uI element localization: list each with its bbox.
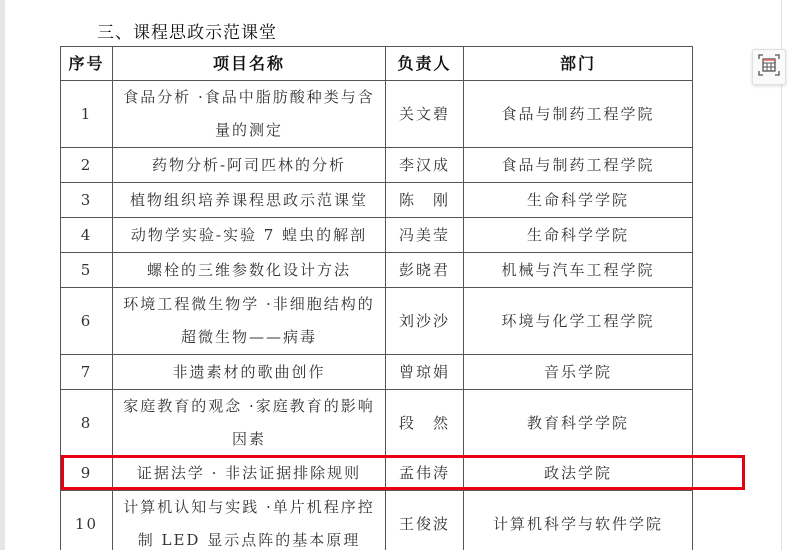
table-extract-button[interactable]	[752, 49, 786, 85]
cell-owner: 陈 刚	[386, 183, 464, 218]
cell-owner: 孟伟涛	[386, 457, 464, 491]
cell-owner: 关文碧	[386, 81, 464, 148]
header-owner: 负责人	[386, 47, 464, 81]
cell-dept: 政法学院	[464, 457, 693, 491]
cell-dept: 教育科学学院	[464, 390, 693, 457]
cell-name: 动物学实验-实验 7 蝗虫的解剖	[113, 218, 386, 253]
header-name: 项目名称	[113, 47, 386, 81]
cell-owner: 曾琼娟	[386, 355, 464, 390]
cell-name: 植物组织培养课程思政示范课堂	[113, 183, 386, 218]
cell-name: 环境工程微生物学 ·非细胞结构的超微生物——病毒	[113, 288, 386, 355]
header-no: 序号	[61, 47, 113, 81]
table-icon	[758, 54, 780, 80]
table-row: 8 家庭教育的观念 ·家庭教育的影响因素 段 然 教育科学学院	[61, 390, 693, 457]
cell-name: 非遗素材的歌曲创作	[113, 355, 386, 390]
cell-name: 计算机认知与实践 ·单片机程序控制 LED 显示点阵的基本原理	[113, 491, 386, 550]
header-dept: 部门	[464, 47, 693, 81]
table-row-highlighted: 9 证据法学 · 非法证据排除规则 孟伟涛 政法学院	[61, 457, 693, 491]
cell-no: 4	[61, 218, 113, 253]
table-row: 6 环境工程微生物学 ·非细胞结构的超微生物——病毒 刘沙沙 环境与化学工程学院	[61, 288, 693, 355]
cell-dept: 机械与汽车工程学院	[464, 253, 693, 288]
cell-no: 5	[61, 253, 113, 288]
section-title: 三、课程思政示范课堂	[97, 18, 277, 43]
table-row: 10 计算机认知与实践 ·单片机程序控制 LED 显示点阵的基本原理 王俊波 计…	[61, 491, 693, 550]
cell-name: 螺栓的三维参数化设计方法	[113, 253, 386, 288]
table-row: 4 动物学实验-实验 7 蝗虫的解剖 冯美莹 生命科学学院	[61, 218, 693, 253]
table-header-row: 序号 项目名称 负责人 部门	[61, 47, 693, 81]
cell-name: 家庭教育的观念 ·家庭教育的影响因素	[113, 390, 386, 457]
cell-owner: 彭晓君	[386, 253, 464, 288]
cell-name: 食品分析 ·食品中脂肪酸种类与含量的测定	[113, 81, 386, 148]
cell-no: 8	[61, 390, 113, 457]
cell-no: 10	[61, 491, 113, 550]
cell-no: 2	[61, 148, 113, 183]
table-row: 5 螺栓的三维参数化设计方法 彭晓君 机械与汽车工程学院	[61, 253, 693, 288]
table-row: 2 药物分析-阿司匹林的分析 李汉成 食品与制药工程学院	[61, 148, 693, 183]
cell-dept: 计算机科学与软件学院	[464, 491, 693, 550]
page-gutter	[0, 0, 5, 550]
cell-dept: 音乐学院	[464, 355, 693, 390]
cell-dept: 生命科学学院	[464, 218, 693, 253]
table-row: 1 食品分析 ·食品中脂肪酸种类与含量的测定 关文碧 食品与制药工程学院	[61, 81, 693, 148]
cell-no: 7	[61, 355, 113, 390]
cell-name-text: 食品分析 ·食品中脂肪酸种类与含量的测定	[119, 81, 379, 147]
cell-no: 1	[61, 81, 113, 148]
cell-dept: 食品与制药工程学院	[464, 148, 693, 183]
cell-no: 9	[61, 457, 113, 491]
cell-name: 药物分析-阿司匹林的分析	[113, 148, 386, 183]
table-row: 3 植物组织培养课程思政示范课堂 陈 刚 生命科学学院	[61, 183, 693, 218]
cell-owner: 刘沙沙	[386, 288, 464, 355]
cell-owner: 李汉成	[386, 148, 464, 183]
cell-dept: 食品与制药工程学院	[464, 81, 693, 148]
cell-no: 6	[61, 288, 113, 355]
cell-dept: 环境与化学工程学院	[464, 288, 693, 355]
cell-no: 3	[61, 183, 113, 218]
course-table: 序号 项目名称 负责人 部门 1 食品分析 ·食品中脂肪酸种类与含量的测定 关文…	[60, 46, 693, 550]
cell-owner: 冯美莹	[386, 218, 464, 253]
table-row: 7 非遗素材的歌曲创作 曾琼娟 音乐学院	[61, 355, 693, 390]
cell-owner: 王俊波	[386, 491, 464, 550]
cell-dept: 生命科学学院	[464, 183, 693, 218]
cell-name: 证据法学 · 非法证据排除规则	[113, 457, 386, 491]
cell-owner: 段 然	[386, 390, 464, 457]
